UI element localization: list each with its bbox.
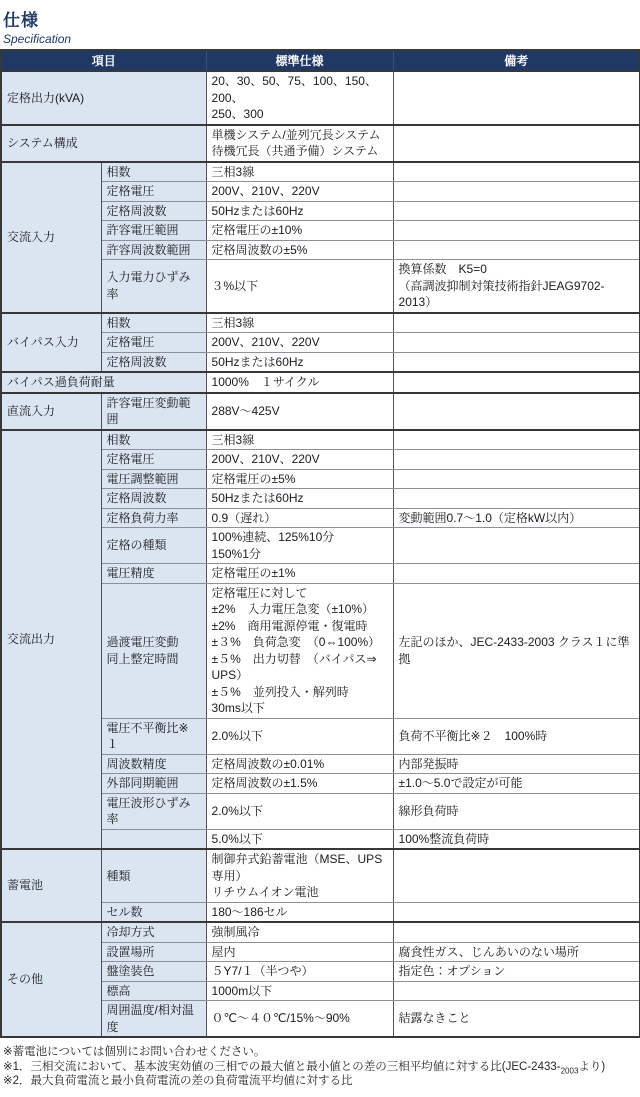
- footnotes: ※蓄電池については個別にお問い合わせください。 ※1．三相交流において、基本波実…: [3, 1045, 640, 1089]
- subitem-cell: 標高: [101, 981, 206, 1001]
- subitem-cell: 定格周波数: [101, 352, 206, 372]
- group-cell: 交流入力: [1, 162, 101, 313]
- spec-cell: 1000m以下: [206, 981, 393, 1001]
- subitem-cell: 外部同期範囲: [101, 774, 206, 794]
- remarks-cell: [393, 393, 640, 430]
- spec-cell: 2.0%以下: [206, 718, 393, 754]
- remarks-cell: 換算係数 K5=0 （高調波抑制対策技術指針JEAG9702-2013）: [393, 260, 640, 313]
- spec-cell: 0.9（遅れ）: [206, 508, 393, 528]
- spec-cell: 200V、210V、220V: [206, 450, 393, 470]
- remarks-cell: [393, 489, 640, 509]
- spec-cell: 200V、210V、220V: [206, 182, 393, 202]
- remarks-cell: [393, 902, 640, 922]
- spec-cell: 定格周波数の±5%: [206, 240, 393, 260]
- group-cell: 直流入力: [1, 393, 101, 430]
- spec-cell: 三相3線: [206, 430, 393, 450]
- group-cell: システム構成: [1, 125, 206, 162]
- remarks-cell: 負荷不平衡比※２ 100%時: [393, 718, 640, 754]
- footnote-1: ※1．三相交流において、基本波実効値の三相での最大値と最小値との差の三相平均値に…: [3, 1060, 640, 1075]
- group-cell: 蓄電池: [1, 849, 101, 922]
- subitem-cell: 許容電圧範囲: [101, 221, 206, 241]
- table-row: 直流入力 許容電圧変動範囲 288V～425V: [1, 393, 640, 430]
- subitem-cell: 電圧調整範囲: [101, 469, 206, 489]
- subitem-cell: 設置場所: [101, 942, 206, 962]
- column-header-item: 項目: [1, 50, 206, 71]
- spec-cell: 180～186セル: [206, 902, 393, 922]
- remarks-cell: [393, 71, 640, 125]
- remarks-cell: [393, 333, 640, 353]
- table-row: 交流入力 相数 三相3線: [1, 162, 640, 182]
- remarks-cell: [393, 221, 640, 241]
- spec-page: 仕様 Specification 項目 標準仕様 備考 定格出力(kVA) 20…: [0, 0, 640, 1097]
- subitem-cell: [101, 829, 206, 849]
- remarks-cell: 線形負荷時: [393, 793, 640, 829]
- remarks-cell: 100%整流負荷時: [393, 829, 640, 849]
- table-row: 交流出力 相数 三相3線: [1, 430, 640, 450]
- table-row: 定格出力(kVA) 20、30、50、75、100、150、200、 250、3…: [1, 71, 640, 125]
- subitem-cell: 電圧精度: [101, 564, 206, 584]
- spec-cell: 定格電圧の±5%: [206, 469, 393, 489]
- remarks-cell: 左記のほか、JEC-2433-2003 クラス１に準拠: [393, 583, 640, 718]
- subitem-cell: 電圧波形ひずみ率: [101, 793, 206, 829]
- group-cell: 定格出力(kVA): [1, 71, 206, 125]
- subitem-cell: 相数: [101, 162, 206, 182]
- subitem-cell: 周囲温度/相対温度: [101, 1001, 206, 1038]
- spec-cell: 定格電圧の±1%: [206, 564, 393, 584]
- spec-cell: 三相3線: [206, 162, 393, 182]
- spec-cell: 200V、210V、220V: [206, 333, 393, 353]
- spec-cell: 288V～425V: [206, 393, 393, 430]
- spec-cell: ０℃～４０℃/15%～90%: [206, 1001, 393, 1038]
- group-cell: 交流出力: [1, 430, 101, 850]
- remarks-cell: [393, 372, 640, 393]
- column-header-remarks: 備考: [393, 50, 640, 71]
- subitem-cell: 種類: [101, 849, 206, 902]
- remarks-cell: [393, 450, 640, 470]
- remarks-cell: [393, 981, 640, 1001]
- subitem-cell: 相数: [101, 430, 206, 450]
- remarks-cell: [393, 313, 640, 333]
- subitem-cell: 入力電力ひずみ率: [101, 260, 206, 313]
- subitem-cell: 定格電圧: [101, 182, 206, 202]
- spec-cell: 制御弁式鉛蓄電池（MSE、UPS専用） リチウムイオン電池: [206, 849, 393, 902]
- table-row: バイパス過負荷耐量 1000% １サイクル: [1, 372, 640, 393]
- subitem-cell: 電圧不平衡比※１: [101, 718, 206, 754]
- table-row: バイパス入力 相数 三相3線: [1, 313, 640, 333]
- table-row: 蓄電池 種類 制御弁式鉛蓄電池（MSE、UPS専用） リチウムイオン電池: [1, 849, 640, 902]
- header-row: 項目 標準仕様 備考: [1, 50, 640, 71]
- spec-cell: 定格周波数の±1.5%: [206, 774, 393, 794]
- spec-cell: ５Y7/１（半つや）: [206, 962, 393, 982]
- footnote-1-subscript-year: 2003: [561, 1066, 579, 1075]
- page-subtitle: Specification: [3, 32, 640, 46]
- spec-cell: ３%以下: [206, 260, 393, 313]
- table-row: その他 冷却方式 強制風冷: [1, 922, 640, 942]
- subitem-cell: 定格周波数: [101, 489, 206, 509]
- spec-cell: 100%連続、125%10分 150%1分: [206, 528, 393, 564]
- remarks-cell: [393, 182, 640, 202]
- remarks-cell: 内部発振時: [393, 754, 640, 774]
- subitem-cell: 相数: [101, 313, 206, 333]
- spec-cell: 1000% １サイクル: [206, 372, 393, 393]
- spec-cell: 三相3線: [206, 313, 393, 333]
- page-title: 仕様: [3, 6, 640, 31]
- column-header-spec: 標準仕様: [206, 50, 393, 71]
- spec-cell: 定格電圧の±10%: [206, 221, 393, 241]
- subitem-cell: 冷却方式: [101, 922, 206, 942]
- spec-cell: 50Hzまたは60Hz: [206, 352, 393, 372]
- footnote-battery: ※蓄電池については個別にお問い合わせください。: [3, 1045, 640, 1060]
- group-cell: その他: [1, 922, 101, 1037]
- spec-cell: 強制風冷: [206, 922, 393, 942]
- subitem-cell: 周波数精度: [101, 754, 206, 774]
- subitem-cell: 定格電圧: [101, 450, 206, 470]
- spec-cell: 50Hzまたは60Hz: [206, 489, 393, 509]
- subitem-cell: 定格電圧: [101, 333, 206, 353]
- spec-cell: 5.0%以下: [206, 829, 393, 849]
- remarks-cell: [393, 564, 640, 584]
- remarks-cell: [393, 162, 640, 182]
- spec-cell: 2.0%以下: [206, 793, 393, 829]
- spec-cell: 20、30、50、75、100、150、200、 250、300: [206, 71, 393, 125]
- subitem-cell: 許容周波数範囲: [101, 240, 206, 260]
- remarks-cell: [393, 430, 640, 450]
- group-cell: バイパス過負荷耐量: [1, 372, 206, 393]
- spec-cell: 50Hzまたは60Hz: [206, 201, 393, 221]
- subitem-cell: 定格の種類: [101, 528, 206, 564]
- subitem-cell: 許容電圧変動範囲: [101, 393, 206, 430]
- remarks-cell: 結露なきこと: [393, 1001, 640, 1038]
- group-cell: バイパス入力: [1, 313, 101, 373]
- spec-cell: 単機システム/並列冗長システム 待機冗長（共通予備）システム: [206, 125, 393, 162]
- table-row: システム構成 単機システム/並列冗長システム 待機冗長（共通予備）システム: [1, 125, 640, 162]
- remarks-cell: 指定色：オプション: [393, 962, 640, 982]
- subitem-cell: セル数: [101, 902, 206, 922]
- remarks-cell: [393, 922, 640, 942]
- footnote-1-text: ※1．三相交流において、基本波実効値の三相での最大値と最小値との差の三相平均値に…: [3, 1061, 561, 1073]
- remarks-cell: [393, 240, 640, 260]
- spec-cell: 定格周波数の±0.01%: [206, 754, 393, 774]
- remarks-cell: [393, 352, 640, 372]
- remarks-cell: [393, 849, 640, 902]
- footnote-2: ※2．最大負荷電流と最小負荷電流の差の負荷電流平均値に対する比: [3, 1074, 640, 1089]
- subitem-cell: 盤塗装色: [101, 962, 206, 982]
- subitem-cell: 定格周波数: [101, 201, 206, 221]
- remarks-cell: 腐食性ガス、じんあいのない場所: [393, 942, 640, 962]
- footnote-1-tail: より): [578, 1061, 605, 1073]
- remarks-cell: [393, 528, 640, 564]
- remarks-cell: ±1.0～5.0で設定が可能: [393, 774, 640, 794]
- remarks-cell: 変動範囲0.7～1.0（定格kW以内）: [393, 508, 640, 528]
- subitem-cell: 過渡電圧変動 同上整定時間: [101, 583, 206, 718]
- spec-table: 項目 標準仕様 備考 定格出力(kVA) 20、30、50、75、100、150…: [0, 49, 640, 1038]
- spec-cell: 定格電圧に対して ±2% 入力電圧急変（±10%） ±2% 商用電源停電・復電時…: [206, 583, 393, 718]
- remarks-cell: [393, 125, 640, 162]
- remarks-cell: [393, 469, 640, 489]
- remarks-cell: [393, 201, 640, 221]
- spec-cell: 屋内: [206, 942, 393, 962]
- subitem-cell: 定格負荷力率: [101, 508, 206, 528]
